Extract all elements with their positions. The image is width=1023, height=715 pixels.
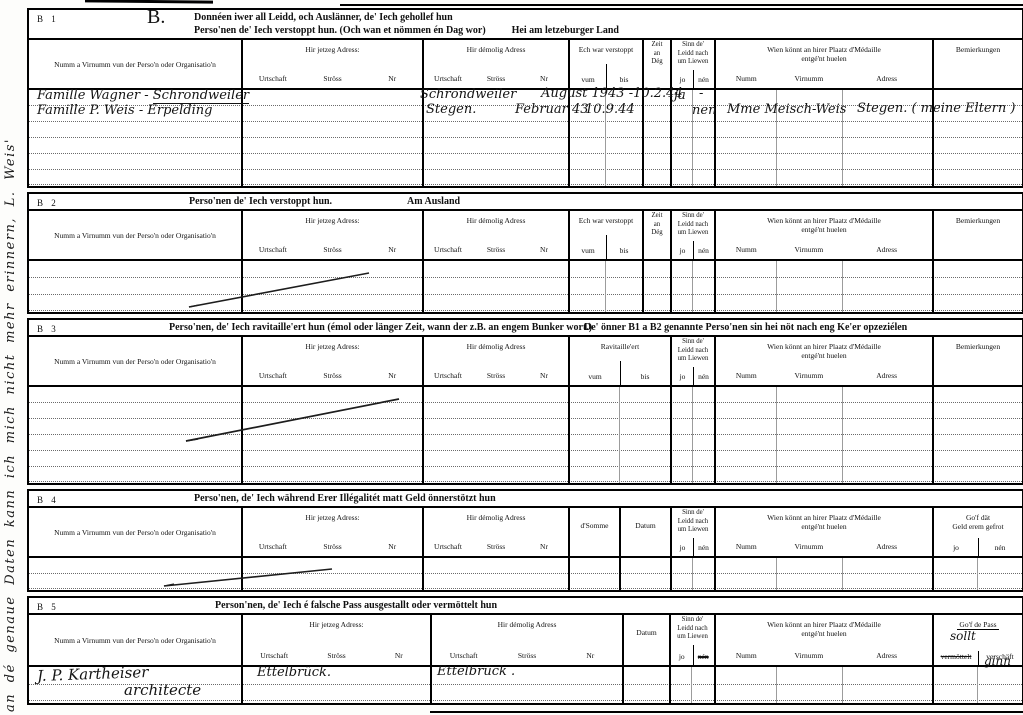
- col-name-label: Numm a Virnumm vun der Perso'n oder Orga…: [54, 231, 216, 240]
- sub-virnumm: Virnumm: [776, 371, 841, 380]
- sub-urtschaft: Urtschaft: [243, 245, 303, 254]
- col-gof-de-pass: Go'f de Pass sollt vermötteltverschäft g…: [932, 615, 1022, 665]
- section-title2: De' önner B1 a B2 genannte Perso'nen sin…: [584, 321, 907, 334]
- section-b3-title-band: B 3 Perso'nen, de' Iech ravitaille'ert h…: [29, 320, 1022, 337]
- col-name: Numm a Virnumm vun der Perso'n oder Orga…: [29, 508, 241, 556]
- zeit-line1: Zeit: [644, 41, 670, 49]
- section-title: Perso'nen de' Iech verstoppt hun.: [189, 195, 332, 208]
- b4-body: [29, 558, 1022, 590]
- col-demolig-label: Hir démolig Adress: [424, 513, 568, 522]
- sub-stross: Ströss: [472, 245, 520, 254]
- sub-urtschaft: Urtschaft: [432, 651, 495, 660]
- sinn-line3: um Liewen: [671, 633, 714, 641]
- section-b4: B 4 Perso'nen, de' Iech während Erer Ill…: [27, 489, 1023, 592]
- col-jetzeg-label: Hir jetzeg Adress:: [243, 342, 422, 351]
- col-demolig-adress: Hir démolig Adress UrtschaftStrössNr: [422, 40, 568, 88]
- entry-name-title: architecte: [124, 681, 201, 699]
- section-title: Person'nen, de' Iech é falsche Pass ausg…: [215, 599, 497, 612]
- col-name-label: Numm a Virnumm vun der Perso'n oder Orga…: [54, 357, 216, 366]
- col-demolig-adress: Hir démolig Adress UrtschaftStrössNr: [422, 337, 568, 385]
- col-jetzeg-label: Hir jetzeg Adress:: [243, 216, 422, 225]
- sub-nen: nén: [693, 543, 714, 552]
- col-sinn-leidd: Sinn de' Leidd nach um Liewen jonén: [670, 337, 714, 385]
- sub-virnumm: Virnumm: [776, 74, 841, 83]
- section-id: B 1: [37, 13, 59, 26]
- section-b4-title-band: B 4 Perso'nen, de' Iech während Erer Ill…: [29, 491, 1022, 508]
- col-bemierkungen: Bemierkungen: [932, 40, 1022, 88]
- sub-jo: jo: [672, 75, 693, 84]
- sub-nen: nén: [693, 246, 714, 255]
- col-somme: d'Somme: [568, 508, 619, 556]
- col-verstoppt-label: Ech war verstoppt: [570, 45, 642, 54]
- sub-urtschaft: Urtschaft: [424, 245, 472, 254]
- sub-numm: Numm: [716, 245, 776, 254]
- entry-name-text: Famille Wagner -: [37, 88, 153, 103]
- b2-column-headers: Numm a Virnumm vun der Perso'n oder Orga…: [29, 211, 1022, 261]
- sub-nen: nén: [693, 372, 714, 381]
- sinn-line1: Sinn de': [672, 509, 714, 517]
- sub-nr: Nr: [362, 74, 422, 83]
- sub-bis: bis: [606, 75, 642, 84]
- sub-bis: bis: [620, 372, 670, 381]
- sub-adress: Adress: [841, 371, 932, 380]
- sub-nr: Nr: [368, 651, 430, 660]
- sub-nr: Nr: [362, 371, 422, 380]
- scan-artifact: [85, 0, 213, 4]
- wien-line1: Wien könnt an hirer Plaatz d'Médaille: [716, 513, 932, 522]
- scanned-form-page: an dé genaue Daten kann ich mich nicht m…: [0, 0, 1023, 715]
- sub-numm: Numm: [716, 74, 776, 83]
- col-sinn-leidd: Sinn de' Leidd nach um Liewen jonén: [670, 211, 714, 259]
- entry-name: Famille Wagner - Schrondweiler: [37, 88, 249, 103]
- sub-urtschaft: Urtschaft: [424, 74, 472, 83]
- sub-virnumm: Virnumm: [776, 245, 841, 254]
- section-b2: B 2 Perso'nen de' Iech verstoppt hun. Am…: [27, 192, 1023, 314]
- col-demolig-adress: Hir démolig Adress UrtschaftStrössNr: [430, 615, 622, 665]
- section-title: Perso'nen, de' Iech ravitaille'ert hun (…: [169, 321, 592, 334]
- sub-stross: Ströss: [305, 651, 367, 660]
- section-b3: B 3 Perso'nen, de' Iech ravitaille'ert h…: [27, 318, 1023, 485]
- b3-column-headers: Numm a Virnumm vun der Perso'n oder Orga…: [29, 337, 1022, 387]
- entry-name: Famille P. Weis - Erpelding: [37, 103, 212, 118]
- sinn-line1: Sinn de': [672, 41, 714, 49]
- sub-numm: Numm: [716, 651, 776, 660]
- col-zeit-an-deg: Zeit an Dég: [642, 40, 670, 88]
- section-title-line2: Perso'nen de' Iech verstoppt hun. (Och w…: [194, 25, 486, 36]
- handwritten-sollt: sollt: [950, 632, 976, 641]
- b1-column-headers: Numm a Virnumm vun der Perso'n oder Orga…: [29, 40, 1022, 90]
- entry-jo: ja: [674, 88, 686, 103]
- sub-bis: bis: [606, 246, 642, 255]
- sub-adress: Adress: [841, 542, 932, 551]
- section-b1: B 1 B. Donnéen iwer all Leidd, och Auslä…: [27, 8, 1023, 188]
- col-demolig-label: Hir démolig Adress: [424, 342, 568, 351]
- margin-note: an dé genaue Daten kann ich mich nicht m…: [3, 138, 18, 712]
- wien-line2: entgé'nt huelen: [716, 522, 932, 531]
- col-verstoppt-label: Ech war verstoppt: [570, 216, 642, 225]
- col-geld-erem-gefrot: Go'f dät Geld erem gefrot jonén: [932, 508, 1022, 556]
- section-id: B 2: [37, 197, 59, 210]
- col-name: Numm a Virnumm vun der Perso'n oder Orga…: [29, 211, 241, 259]
- sub-numm: Numm: [716, 371, 776, 380]
- sinn-line3: um Liewen: [672, 58, 714, 66]
- col-sinn-leidd: Sinn de' Leidd nach um Liewen jonén: [670, 40, 714, 88]
- entry-demolig: Ettelbrück .: [437, 664, 515, 679]
- col-name: Numm a Virnumm vun der Perso'n oder Orga…: [29, 337, 241, 385]
- section-b5-title-band: B 5 Person'nen, de' Iech é falsche Pass …: [29, 598, 1022, 615]
- sinn-line3: um Liewen: [672, 526, 714, 534]
- sub-nr: Nr: [362, 245, 422, 254]
- b1-body: Famille Wagner - Schrondweiler Schrondwe…: [29, 90, 1022, 186]
- sub-jo: jo: [672, 543, 693, 552]
- section-b5: B 5 Person'nen, de' Iech é falsche Pass …: [27, 596, 1023, 705]
- wien-line2: entgé'nt huelen: [716, 54, 932, 63]
- entry-bis: 10.9.44: [585, 102, 635, 117]
- col-wien-medaille: Wien könnt an hirer Plaatz d'Médaille en…: [714, 615, 932, 665]
- sub-nr: Nr: [520, 245, 568, 254]
- sub-nr: Nr: [520, 74, 568, 83]
- col-sinn-leidd: Sinn de' Leidd nach um Liewen jonén: [670, 508, 714, 556]
- col-somme-label: d'Somme: [570, 521, 619, 530]
- sinn-line1: Sinn de': [671, 616, 714, 624]
- b4-column-headers: Numm a Virnumm vun der Perso'n oder Orga…: [29, 508, 1022, 558]
- sub-adress: Adress: [841, 74, 932, 83]
- slash-mark: [154, 562, 344, 590]
- section-letter: B.: [147, 11, 165, 24]
- sinn-line3: um Liewen: [672, 229, 714, 237]
- zeit-line2: an: [644, 50, 670, 58]
- col-bemierkungen: Bemierkungen: [932, 337, 1022, 385]
- wien-line1: Wien könnt an hirer Plaatz d'Médaille: [716, 45, 932, 54]
- sub-urtschaft: Urtschaft: [243, 371, 303, 380]
- scan-artifact: [340, 4, 1023, 6]
- sub-nen: nén: [978, 543, 1022, 552]
- col-wien-medaille: Wien könnt an hirer Plaatz d'Médaille en…: [714, 508, 932, 556]
- col-jetzeg-adress: Hir jetzeg Adress: UrtschaftStrössNr: [241, 508, 422, 556]
- col-name: Numm a Virnumm vun der Perso'n oder Orga…: [29, 615, 241, 665]
- b5-column-headers: Numm a Virnumm vun der Perso'n oder Orga…: [29, 615, 1022, 667]
- col-bemierkungen-label: Bemierkungen: [934, 45, 1022, 54]
- sinn-line1: Sinn de': [672, 338, 714, 346]
- sub-urtschaft: Urtschaft: [424, 371, 472, 380]
- sub-stross: Ströss: [303, 74, 363, 83]
- col-jetzeg-adress: Hir jetzeg Adress: UrtschaftStrössNr: [241, 40, 422, 88]
- handwritten-ginn: ginn: [984, 657, 1011, 666]
- col-demolig-label: Hir démolig Adress: [424, 45, 568, 54]
- col-demolig-label: Hir démolig Adress: [432, 620, 622, 629]
- col-jetzeg-adress: Hir jetzeg Adress: UrtschaftStrössNr: [241, 211, 422, 259]
- sub-adress: Adress: [841, 651, 932, 660]
- b2-body: [29, 261, 1022, 312]
- section-b2-title-band: B 2 Perso'nen de' Iech verstoppt hun. Am…: [29, 194, 1022, 211]
- col-jetzeg-label: Hir jetzeg Adress:: [243, 620, 430, 629]
- section-id: B 4: [37, 494, 59, 507]
- col-ravitaillert: Ravitaille'ert vumbis: [568, 337, 670, 385]
- sub-adress: Adress: [841, 245, 932, 254]
- sub-nr: Nr: [520, 542, 568, 551]
- sub-urtschaft: Urtschaft: [243, 542, 303, 551]
- col-sinn-leidd: Sinn de' Leidd nach um Liewen jonén: [669, 615, 714, 665]
- col-verstoppt: Ech war verstoppt vumbis: [568, 40, 642, 88]
- sub-nen-struck: nén: [693, 652, 715, 661]
- sub-jo: jo: [672, 372, 693, 381]
- sub-stross: Ströss: [303, 371, 363, 380]
- gof-line1: Go'f dät: [934, 513, 1022, 522]
- col-datum: Datum: [622, 615, 669, 665]
- sub-stross: Ströss: [472, 74, 520, 83]
- col-jetzeg-label: Hir jetzeg Adress:: [243, 513, 422, 522]
- sub-nr: Nr: [520, 371, 568, 380]
- entry-demolig: Schrondweiler: [420, 87, 516, 102]
- sub-numm: Numm: [716, 542, 776, 551]
- sinn-line2: Leidd nach: [672, 518, 714, 526]
- sub-urtschaft: Urtschaft: [424, 542, 472, 551]
- sub-nen: nén: [693, 75, 714, 84]
- wien-line1: Wien könnt an hirer Plaatz d'Médaille: [716, 216, 932, 225]
- col-jetzeg-adress: Hir jetzeg Adress: UrtschaftStrössNr: [241, 615, 430, 665]
- sub-stross: Ströss: [472, 542, 520, 551]
- section-id: B 5: [37, 601, 59, 614]
- sinn-line2: Leidd nach: [672, 50, 714, 58]
- wien-line2: entgé'nt huelen: [716, 629, 932, 638]
- col-wien-medaille: Wien könnt an hirer Plaatz d'Médaille en…: [714, 40, 932, 88]
- entry-jetzeg: Ettelbrück.: [257, 665, 331, 680]
- col-jetzeg-adress: Hir jetzeg Adress: UrtschaftStrössNr: [241, 337, 422, 385]
- col-name: Numm a Virnumm vun der Perso'n oder Orga…: [29, 40, 241, 88]
- section-id: B 3: [37, 323, 59, 336]
- col-jetzeg-label: Hir jetzeg Adress:: [243, 45, 422, 54]
- sub-nr: Nr: [362, 542, 422, 551]
- section-title-line1: Donnéen iwer all Leidd, och Auslänner, d…: [194, 11, 619, 24]
- sub-jo: jo: [934, 543, 978, 552]
- col-datum-label: Datum: [621, 521, 670, 530]
- col-name-label: Numm a Virnumm vun der Perso'n oder Orga…: [54, 60, 216, 69]
- sinn-line3: um Liewen: [672, 355, 714, 363]
- zeit-line3: Dég: [644, 58, 670, 66]
- wien-line1: Wien könnt an hirer Plaatz d'Médaille: [716, 620, 932, 629]
- col-wien-medaille: Wien könnt an hirer Plaatz d'Médaille en…: [714, 211, 932, 259]
- slash-mark: [174, 391, 414, 447]
- col-name-label: Numm a Virnumm vun der Perso'n oder Orga…: [54, 528, 216, 537]
- col-zeit-an-deg: Zeit an Dég: [642, 211, 670, 259]
- entry-name-underlined: Schrondweiler: [153, 88, 249, 104]
- wien-line1: Wien könnt an hirer Plaatz d'Médaille: [716, 342, 932, 351]
- b5-body: J. P. Kartheiser architecte Ettelbrück. …: [29, 667, 1022, 703]
- gof-line2: Geld erem gefrot: [934, 522, 1022, 531]
- entry-wien-numm: Mme Meisch-Weis: [727, 102, 846, 117]
- entry-nen: nen: [692, 103, 716, 118]
- col-ravitaillert-label: Ravitaille'ert: [570, 342, 670, 351]
- b3-body: [29, 387, 1022, 483]
- col-name-label: Numm a Virnumm vun der Perso'n oder Orga…: [54, 636, 216, 645]
- col-bemierkungen-label: Bemierkungen: [934, 342, 1022, 351]
- section-title-right: Hei am letzeburger Land: [512, 24, 619, 37]
- sinn-line1: Sinn de': [672, 212, 714, 220]
- zeit-line1: Zeit: [644, 212, 670, 220]
- sub-urtschaft: Urtschaft: [243, 74, 303, 83]
- entry-nen: -: [699, 86, 703, 101]
- col-bemierkungen: Bemierkungen: [932, 211, 1022, 259]
- col-wien-medaille: Wien könnt an hirer Plaatz d'Médaille en…: [714, 337, 932, 385]
- sub-urtschaft: Urtschaft: [243, 651, 305, 660]
- zeit-line2: an: [644, 221, 670, 229]
- sub-nr: Nr: [559, 651, 622, 660]
- sub-stross: Ströss: [495, 651, 558, 660]
- sub-stross: Ströss: [472, 371, 520, 380]
- col-datum: Datum: [619, 508, 670, 556]
- wien-line2: entgé'nt huelen: [716, 351, 932, 360]
- sub-virnumm: Virnumm: [776, 651, 841, 660]
- wien-line2: entgé'nt huelen: [716, 225, 932, 234]
- col-demolig-adress: Hir démolig Adress UrtschaftStrössNr: [422, 211, 568, 259]
- entry-wien-adress: Stegen. ( meine Eltern ): [857, 101, 1015, 116]
- col-datum-label: Datum: [624, 628, 669, 637]
- scan-artifact: [430, 711, 1023, 713]
- entry-verstoppt-dates: August 1943 -10.2.44: [541, 86, 683, 101]
- sub-virnumm: Virnumm: [776, 542, 841, 551]
- sub-vum: vum: [570, 372, 620, 381]
- sub-jo: jo: [672, 246, 693, 255]
- col-demolig-label: Hir démolig Adress: [424, 216, 568, 225]
- sub-stross: Ströss: [303, 245, 363, 254]
- section-title: Perso'nen, de' Iech während Erer Illégal…: [194, 492, 496, 505]
- entry-vum: Februar 43: [515, 102, 589, 117]
- slash-mark: [179, 265, 379, 311]
- sub-stross: Ströss: [303, 542, 363, 551]
- col-bemierkungen-label: Bemierkungen: [934, 216, 1022, 225]
- zeit-line3: Dég: [644, 229, 670, 237]
- sinn-line2: Leidd nach: [671, 625, 714, 633]
- col-demolig-adress: Hir démolig Adress UrtschaftStrössNr: [422, 508, 568, 556]
- sinn-line2: Leidd nach: [672, 347, 714, 355]
- section-title-right: Am Ausland: [407, 195, 460, 208]
- sinn-line2: Leidd nach: [672, 221, 714, 229]
- sub-vum: vum: [570, 246, 606, 255]
- section-b1-title-band: B 1 B. Donnéen iwer all Leidd, och Auslä…: [29, 10, 1022, 40]
- sub-vermittelt-struck: vermöttelt: [934, 652, 978, 661]
- col-verstoppt: Ech war verstoppt vumbis: [568, 211, 642, 259]
- sub-vum: vum: [570, 75, 606, 84]
- sub-jo: jo: [671, 652, 693, 661]
- entry-demolig: Stegen.: [426, 102, 476, 117]
